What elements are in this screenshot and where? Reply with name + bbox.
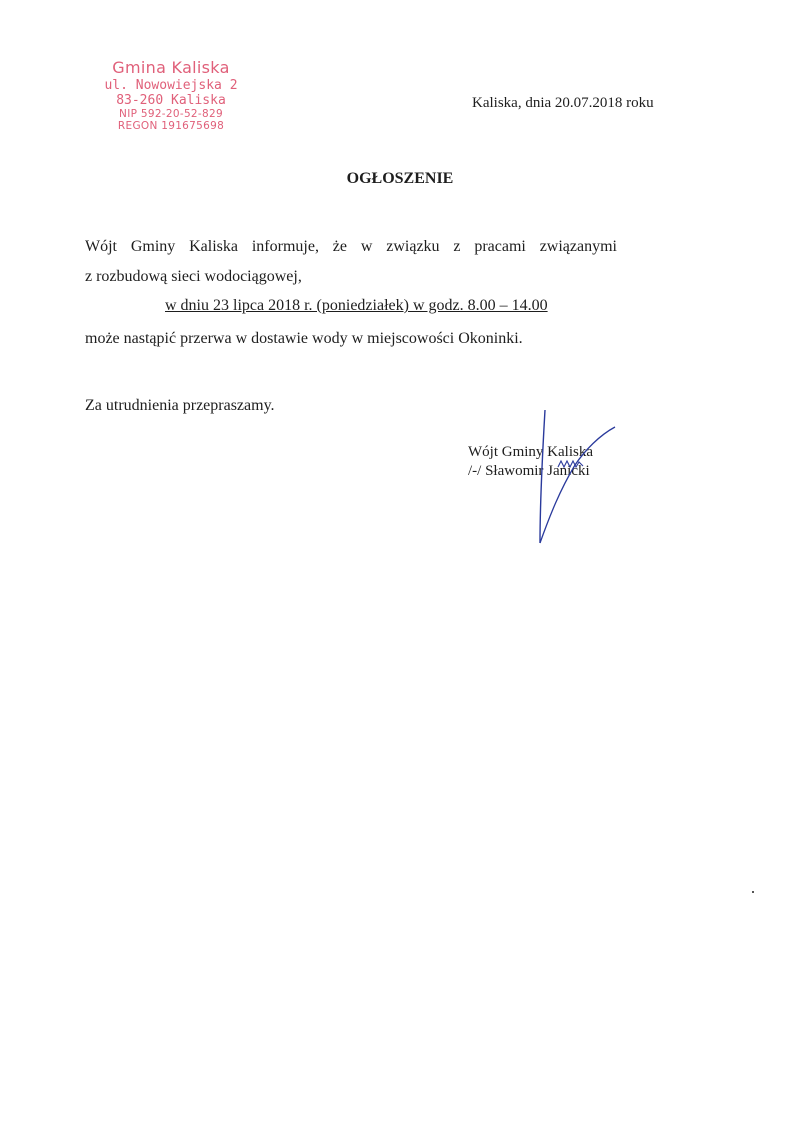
handwritten-signature-icon [500,405,630,550]
document-title: OGŁOSZENIE [0,170,800,188]
scan-speck [752,891,754,893]
stamp-street: ul. Nowowiejska 2 [86,78,256,93]
place-date: Kaliska, dnia 20.07.2018 roku [472,95,654,112]
closing-line: Za utrudnienia przepraszamy. [85,397,275,415]
paragraph-2: może nastąpić przerwa w dostawie wody w … [85,330,523,348]
stamp-regon: REGON 191675698 [86,120,256,132]
outage-date-time: w dniu 23 lipca 2018 r. (poniedziałek) w… [165,297,548,315]
office-stamp: Gmina Kaliska ul. Nowowiejska 2 83-260 K… [86,58,256,132]
stamp-nip: NIP 592-20-52-829 [86,108,256,120]
paragraph-1-line-2: z rozbudową sieci wodociągowej, [85,262,302,292]
stamp-name: Gmina Kaliska [86,58,256,78]
paragraph-1-line-1: Wójt Gminy Kaliska informuje, że w związ… [85,232,617,262]
stamp-postal-city: 83-260 Kaliska [86,93,256,108]
